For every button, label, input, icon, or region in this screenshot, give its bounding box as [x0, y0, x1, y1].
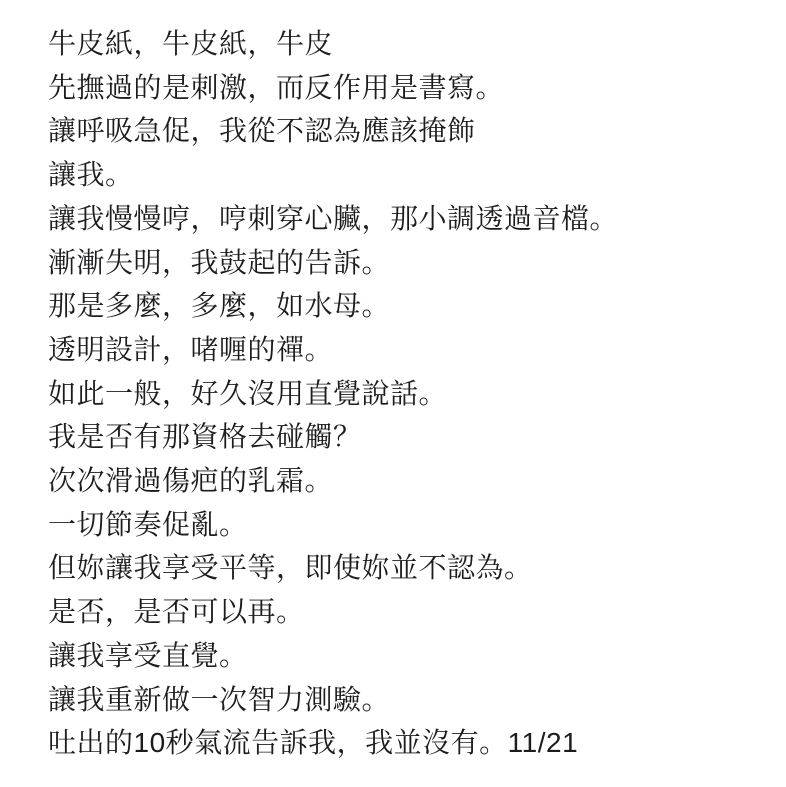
- poem-line: 讓我重新做一次智力測驗。: [48, 678, 756, 722]
- poem-line: 先撫過的是刺激，而反作用是書寫。: [48, 66, 756, 110]
- poem-line: 但妳讓我享受平等，即使妳並不認為。: [48, 546, 756, 590]
- poem-line: 一切節奏促亂。: [48, 503, 756, 547]
- poem-line: 讓我慢慢哼，哼刺穿心臟，那小調透過音檔。: [48, 197, 756, 241]
- poem-line: 透明設計，啫喱的禪。: [48, 328, 756, 372]
- poem-line: 讓我享受直覺。: [48, 634, 756, 678]
- poem-line: 讓呼吸急促，我從不認為應該掩飾: [48, 109, 756, 153]
- page: 牛皮紙，牛皮紙，牛皮先撫過的是刺激，而反作用是書寫。讓呼吸急促，我從不認為應該掩…: [0, 0, 786, 787]
- poem-line: 漸漸失明，我鼓起的告訴。: [48, 241, 756, 285]
- poem-line: 我是否有那資格去碰觸？: [48, 415, 756, 459]
- poem-line: 次次滑過傷疤的乳霜。: [48, 459, 756, 503]
- poem-line: 讓我。: [48, 153, 756, 197]
- poem-line: 那是多麼，多麼，如水母。: [48, 284, 756, 328]
- poem-line: 是否，是否可以再。: [48, 590, 756, 634]
- poem-line: 吐出的10秒氣流告訴我，我並沒有。11/21: [48, 721, 756, 765]
- poem-line: 如此一般，好久沒用直覺說話。: [48, 372, 756, 416]
- poem-text: 牛皮紙，牛皮紙，牛皮先撫過的是刺激，而反作用是書寫。讓呼吸急促，我從不認為應該掩…: [48, 22, 756, 765]
- poem-line: 牛皮紙，牛皮紙，牛皮: [48, 22, 756, 66]
